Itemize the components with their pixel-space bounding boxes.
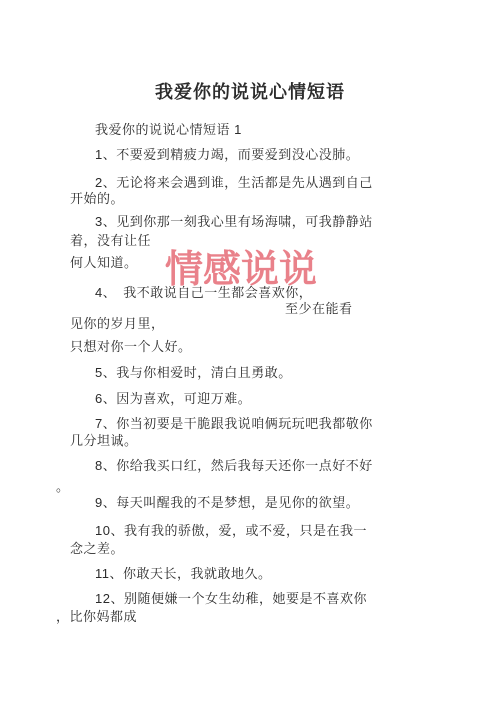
text-line: 6、因为喜欢，可迎万难。 [95,390,251,407]
text-line: 只想对你一个人好。 [70,338,192,355]
text-line: 3、见到你那一刻我心里有场海啸，可我静静站 [95,213,373,230]
text-line: 2、无论将来会遇到谁，生活都是先从遇到自己 [95,174,373,191]
text-line: 至少在能看 [285,300,353,317]
text-line: 。 [56,478,70,495]
text-line: 着，没有让任 [70,232,151,249]
text-line: 1、不要爱到精疲力竭，而要爱到没心没肺。 [95,146,359,163]
text-line: 我爱你的说说心情短语 1 [95,121,242,138]
document-title: 我爱你的说说心情短语 [0,78,500,104]
text-line: 开始的。 [70,190,124,207]
text-line: 11、你敢天长，我就敢地久。 [95,565,272,582]
text-line: 念之差。 [70,540,124,557]
text-line: 12、别随便嫌一个女生幼稚，她要是不喜欢你 [95,590,367,607]
text-line: 8、你给我买口红，然后我每天还你一点好不好 [95,457,373,474]
text-line: 4、 我不敢说自己一生都会喜欢你， [95,284,312,301]
text-line: 9、每天叫醒我的不是梦想，是见你的欲望。 [95,494,359,511]
text-line: ，比你妈都成 [56,608,137,625]
text-line: 何人知道。 [70,254,138,271]
document-page: 我爱你的说说心情短语 情感说说 我爱你的说说心情短语 11、不要爱到精疲力竭，而… [0,0,500,708]
text-line: 5、我与你相爱时，清白且勇敢。 [95,364,292,381]
text-line: 几分坦诚。 [70,432,138,449]
text-line: 10、我有我的骄傲，爱，或不爱，只是在我一 [95,522,367,539]
text-line: 7、你当初要是干脆跟我说咱俩玩玩吧我都敬你 [95,415,373,432]
text-line: 见你的岁月里， [70,315,165,332]
